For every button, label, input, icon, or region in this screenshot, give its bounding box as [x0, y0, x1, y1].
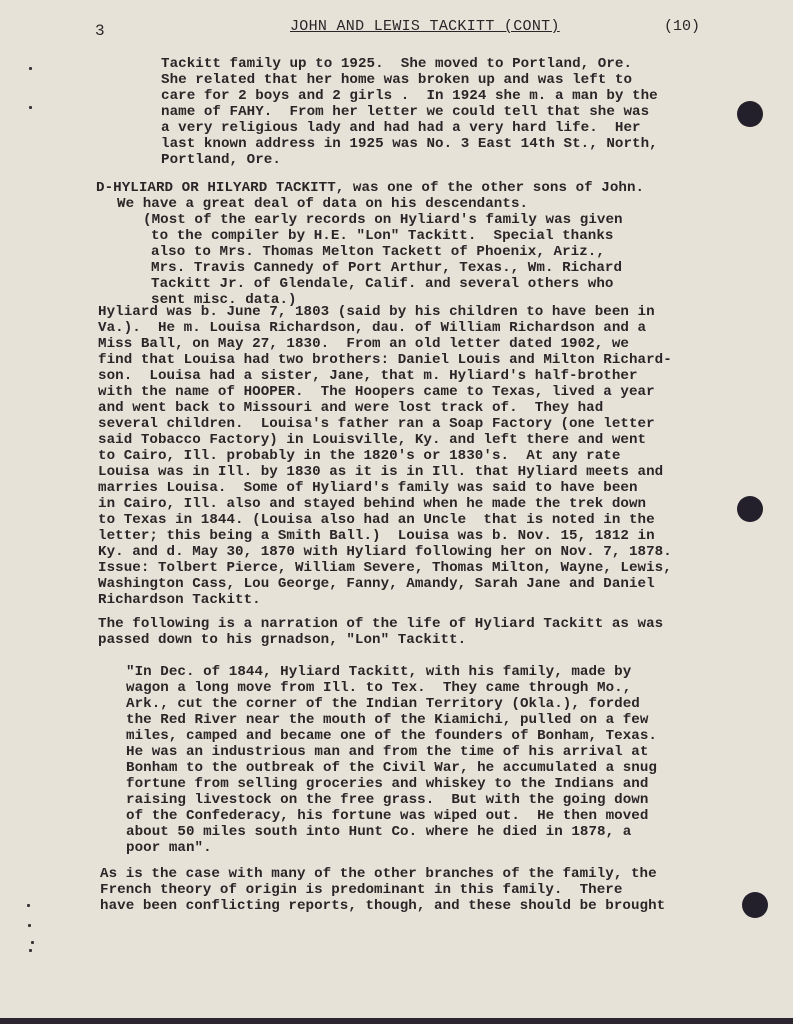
text-line: also to Mrs. Thomas Melton Tackett of Ph… — [151, 244, 605, 260]
text-line: a very religious lady and had had a very… — [161, 120, 641, 136]
text-line: She related that her home was broken up … — [161, 72, 632, 88]
text-line: raising livestock on the free grass. But… — [126, 792, 648, 808]
page-header: 3 JOHN AND LEWIS TACKITT (CONT) (10) — [0, 18, 793, 40]
margin-speck — [29, 67, 32, 70]
text-line: Ark., cut the corner of the Indian Terri… — [126, 696, 640, 712]
section-number: (10) — [664, 18, 700, 35]
text-line: marries Louisa. Some of Hyliard's family… — [98, 480, 638, 496]
margin-speck — [31, 941, 34, 944]
text-line: to the compiler by H.E. "Lon" Tackitt. S… — [151, 228, 613, 244]
text-line: of the Confederacy, his fortune was wipe… — [126, 808, 648, 824]
text-line: Washington Cass, Lou George, Fanny, Aman… — [98, 576, 655, 592]
text-line: letter; this being a Smith Ball.) Louisa… — [98, 528, 655, 544]
text-line: French theory of origin is predominant i… — [100, 882, 622, 898]
text-line: Portland, Ore. — [161, 152, 281, 168]
text-line: several children. Louisa's father ran a … — [98, 416, 655, 432]
text-line: to Cairo, Ill. probably in the 1820's or… — [98, 448, 620, 464]
text-line: poor man". — [126, 840, 212, 856]
text-line: Richardson Tackitt. — [98, 592, 261, 608]
text-line: Louisa was in Ill. by 1830 as it is in I… — [98, 464, 663, 480]
margin-speck — [29, 949, 32, 952]
text-line: to Texas in 1844. (Louisa also had an Un… — [98, 512, 655, 528]
scan-bottom-edge — [0, 1018, 793, 1024]
punch-hole-bottom — [742, 892, 768, 918]
text-line: We have a great deal of data on his desc… — [117, 196, 528, 212]
punch-hole-middle — [737, 496, 763, 522]
text-line: The following is a narration of the life… — [98, 616, 663, 632]
document-page: 3 JOHN AND LEWIS TACKITT (CONT) (10) Tac… — [0, 0, 793, 1018]
text-line: "In Dec. of 1844, Hyliard Tackitt, with … — [126, 664, 631, 680]
page-number: 3 — [95, 22, 105, 40]
text-line: Bonham to the outbreak of the Civil War,… — [126, 760, 657, 776]
text-line: He was an industrious man and from the t… — [126, 744, 648, 760]
text-line: Issue: Tolbert Pierce, William Severe, T… — [98, 560, 672, 576]
text-line: D-HYLIARD OR HILYARD TACKITT, was one of… — [96, 180, 644, 196]
text-line: Ky. and d. May 30, 1870 with Hyliard fol… — [98, 544, 672, 560]
text-line: Tackitt family up to 1925. She moved to … — [161, 56, 632, 72]
text-line: in Cairo, Ill. also and stayed behind wh… — [98, 496, 646, 512]
text-line: Va.). He m. Louisa Richardson, dau. of W… — [98, 320, 646, 336]
punch-hole-top — [737, 101, 763, 127]
text-line: As is the case with many of the other br… — [100, 866, 657, 882]
text-line: last known address in 1925 was No. 3 Eas… — [161, 136, 658, 152]
text-line: Tackitt Jr. of Glendale, Calif. and seve… — [151, 276, 613, 292]
text-line: son. Louisa had a sister, Jane, that m. … — [98, 368, 638, 384]
text-line: Mrs. Travis Cannedy of Port Arthur, Texa… — [151, 260, 622, 276]
text-line: the Red River near the mouth of the Kiam… — [126, 712, 648, 728]
text-line: Miss Ball, on May 27, 1830. From an old … — [98, 336, 629, 352]
text-line: and went back to Missouri and were lost … — [98, 400, 603, 416]
text-line: have been conflicting reports, though, a… — [100, 898, 665, 914]
margin-speck — [28, 924, 31, 927]
text-line: Hyliard was b. June 7, 1803 (said by his… — [98, 304, 655, 320]
text-line: care for 2 boys and 2 girls . In 1924 sh… — [161, 88, 658, 104]
text-line: find that Louisa had two brothers: Danie… — [98, 352, 672, 368]
text-line: passed down to his grnadson, "Lon" Tacki… — [98, 632, 466, 648]
text-line: fortune from selling groceries and whisk… — [126, 776, 648, 792]
margin-speck — [29, 106, 32, 109]
text-line: about 50 miles south into Hunt Co. where… — [126, 824, 631, 840]
text-line: said Tobacco Factory) in Louisville, Ky.… — [98, 432, 646, 448]
page-title: JOHN AND LEWIS TACKITT (CONT) — [290, 18, 560, 35]
text-line: with the name of HOOPER. The Hoopers cam… — [98, 384, 655, 400]
text-line: wagon a long move from Ill. to Tex. They… — [126, 680, 631, 696]
text-line: (Most of the early records on Hyliard's … — [143, 212, 623, 228]
margin-speck — [27, 904, 30, 907]
text-line: miles, camped and became one of the foun… — [126, 728, 657, 744]
text-line: name of FAHY. From her letter we could t… — [161, 104, 649, 120]
